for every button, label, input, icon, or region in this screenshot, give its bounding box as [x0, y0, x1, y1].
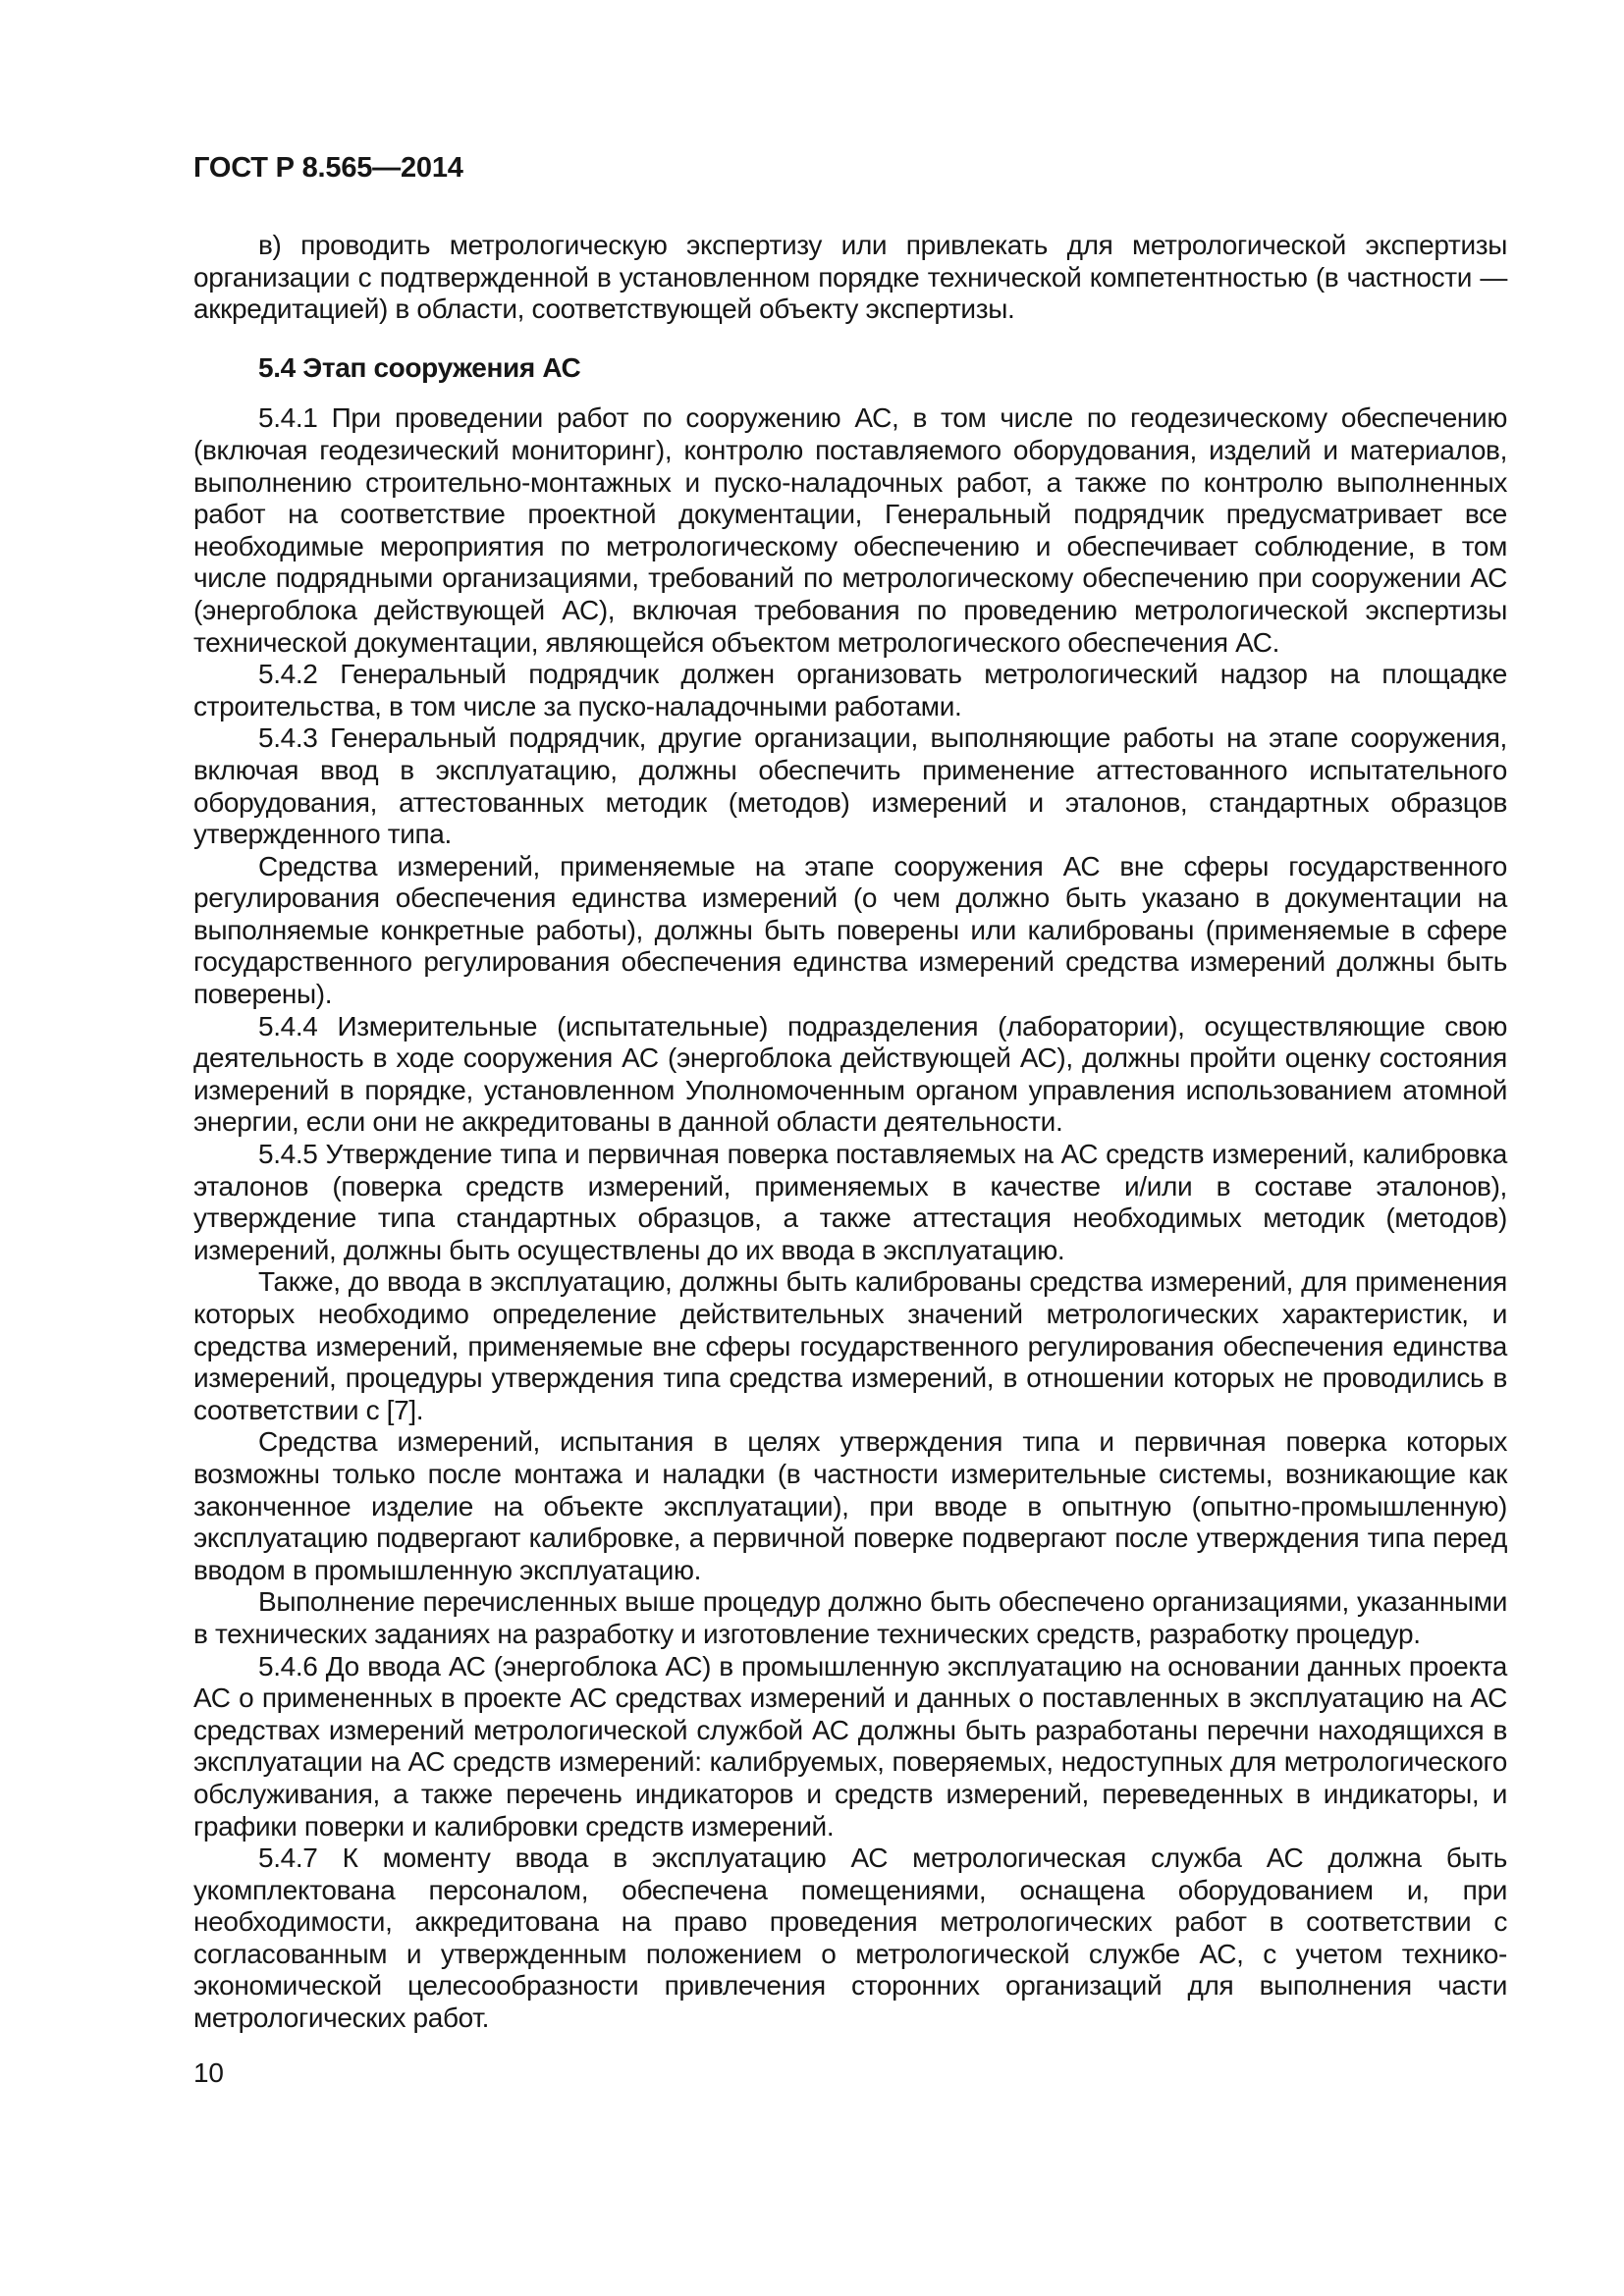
clause-5.3-item-v: в) проводить метрологическую экспертизу … — [193, 230, 1507, 326]
document-code-header: ГОСТ Р 8.565—2014 — [193, 152, 463, 185]
document-content: в) проводить метрологическую экспертизу … — [193, 230, 1507, 2035]
clause-5-4-5-continuation-3: Выполнение перечисленных выше процедур д… — [193, 1586, 1507, 1650]
clause-5-4-5-continuation-1: Также, до ввода в эксплуатацию, должны б… — [193, 1266, 1507, 1426]
clause-5-4-2: 5.4.2 Генеральный подрядчик должен орган… — [193, 659, 1507, 722]
clause-5-4-3-continuation: Средства измерений, применяемые на этапе… — [193, 851, 1507, 1011]
clause-5-4-1: 5.4.1 При проведении работ по сооружению… — [193, 402, 1507, 659]
clause-5-4-6: 5.4.6 До ввода АС (энергоблока АС) в про… — [193, 1651, 1507, 1843]
clause-5-4-4: 5.4.4 Измерительные (испытательные) подр… — [193, 1011, 1507, 1139]
clause-5-4-7: 5.4.7 К моменту ввода в эксплуатацию АС … — [193, 1842, 1507, 2035]
clause-5-4-5: 5.4.5 Утверждение типа и первичная повер… — [193, 1139, 1507, 1266]
section-5-4-heading: 5.4 Этап сооружения АС — [193, 352, 1507, 385]
document-page: ГОСТ Р 8.565—2014 в) проводить метрологи… — [0, 0, 1624, 2296]
clause-5-4-5-continuation-2: Средства измерений, испытания в целях ут… — [193, 1426, 1507, 1586]
clause-5-4-3: 5.4.3 Генеральный подрядчик, другие орга… — [193, 722, 1507, 850]
page-number: 10 — [193, 2057, 224, 2089]
